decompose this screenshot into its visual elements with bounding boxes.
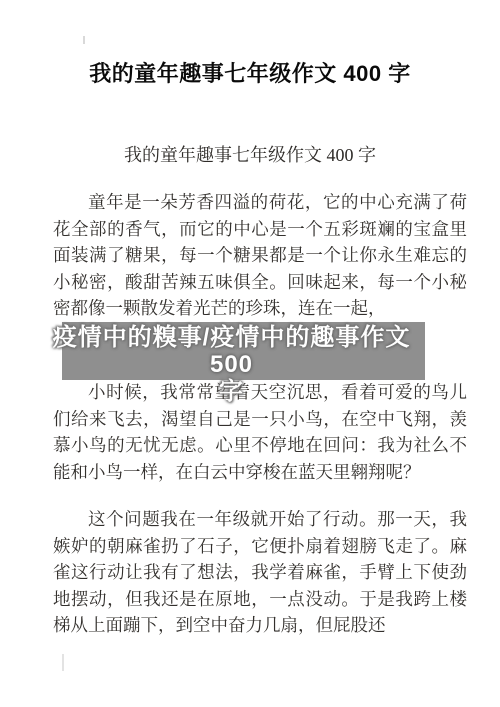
article-page: 我的童年趣事七年级作文 400 字 我的童年趣事七年级作文 400 字 童年是一… — [0, 0, 500, 707]
page-title: 我的童年趣事七年级作文 400 字 — [0, 57, 500, 88]
cursor-artifact-top — [83, 36, 85, 44]
overlay-banner-title-line2: 字 — [34, 378, 429, 405]
overlay-link-banner[interactable]: 疫情中的糗事/疫情中的趣事作文500 字 — [62, 322, 425, 380]
article-subtitle: 我的童年趣事七年级作文 400 字 — [0, 141, 500, 167]
overlay-banner-title: 疫情中的糗事/疫情中的趣事作文500 字 — [34, 324, 429, 405]
paragraph-flying-attempt: 这个问题我在一年级就开始了行动。那一天，我嫉妒的朝麻雀扔了石子，它便扑扇着翅膀飞… — [53, 506, 467, 639]
overlay-banner-title-line1: 疫情中的糗事/疫情中的趣事作文500 — [34, 324, 429, 378]
paragraph-childhood-lotus: 童年是一朵芳香四溢的荷花，它的中心充满了荷花全部的香气，而它的中心是一个五彩斑斓… — [53, 189, 467, 322]
cursor-artifact-bottom — [62, 654, 64, 671]
